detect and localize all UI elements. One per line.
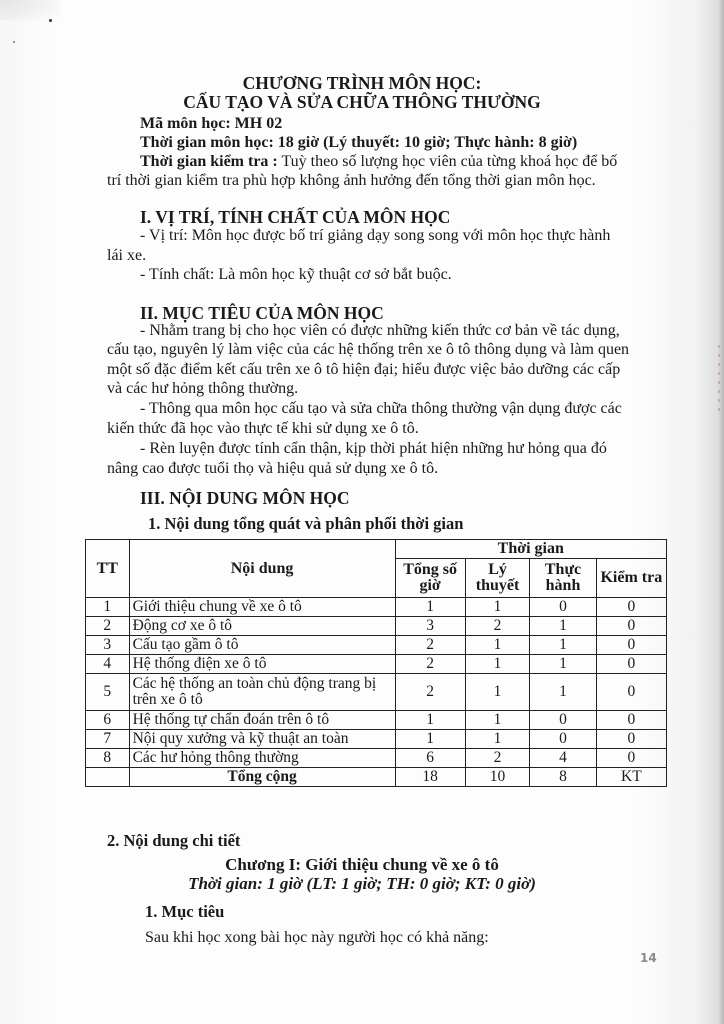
position-paragraph-cont: lái xe. [107, 247, 146, 265]
row-exam: 0 [596, 711, 666, 730]
course-duration-label: Thời gian môn học: [140, 134, 274, 151]
scan-shadow [0, 0, 60, 20]
row-theory: 1 [465, 711, 530, 730]
row-theory: 1 [465, 598, 530, 617]
exam-time: Thời gian kiểm tra : Tuỳ theo số lượng h… [140, 153, 617, 171]
table-row: 1Giới thiệu chung về xe ô tô1100 [86, 598, 667, 617]
row-number: 3 [86, 636, 130, 655]
objective-paragraph-2: - Thông qua môn học cấu tạo và sửa chữa … [140, 400, 622, 418]
document-title-line1: CHƯƠNG TRÌNH MÔN HỌC: [0, 73, 724, 94]
row-content: Các hệ thống an toàn chủ động trang bị t… [129, 674, 395, 711]
section-heading-objectives: II. MỤC TIÊU CỦA MÔN HỌC [140, 303, 384, 324]
scan-edge-marks [718, 345, 720, 415]
row-number: 8 [86, 749, 130, 768]
table-row: 8Các hư hỏng thông thường6240 [86, 749, 667, 768]
row-number: 1 [86, 598, 130, 617]
objective-intro: Sau khi học xong bài học này người học c… [145, 929, 489, 947]
footer-practice: 8 [530, 768, 596, 787]
row-practice: 4 [530, 749, 596, 768]
row-total-hours: 1 [395, 711, 465, 730]
table-row: 7Nội quy xưởng và kỹ thuật an toàn1100 [86, 730, 667, 749]
footer-total-label: Tổng cộng [129, 768, 395, 787]
row-exam: 0 [596, 636, 666, 655]
footer-theory: 10 [465, 768, 530, 787]
objective-paragraph-3: - Rèn luyện được tính cẩn thận, kịp thời… [140, 440, 607, 458]
row-theory: 1 [465, 636, 530, 655]
row-total-hours: 2 [395, 636, 465, 655]
page-number: 14 [640, 951, 657, 965]
header-theory: Lý thuyết [465, 559, 530, 598]
time-allocation-table: TT Nội dung Thời gian Tổng số giờ Lý thu… [85, 539, 667, 787]
row-theory: 1 [465, 655, 530, 674]
objective-paragraph-3: nâng cao được tuổi thọ và hiệu quả sử dụ… [107, 460, 438, 478]
row-number: 4 [86, 655, 130, 674]
subheading-overview: 1. Nội dung tổng quát và phân phối thời … [148, 514, 463, 534]
nature-paragraph: - Tính chất: Là môn học kỹ thuật cơ sở b… [140, 266, 452, 284]
course-code: Mã môn học: MH 02 [140, 115, 282, 133]
exam-time-text-cont: trí thời gian kiểm tra phù hợp không ảnh… [107, 172, 596, 190]
position-paragraph: - Vị trí: Môn học được bố trí giảng dạy … [140, 227, 610, 245]
row-number: 6 [86, 711, 130, 730]
row-practice: 0 [530, 730, 596, 749]
row-theory: 2 [465, 617, 530, 636]
footer-blank [86, 768, 130, 787]
row-practice: 1 [530, 655, 596, 674]
footer-exam: KT [596, 768, 666, 787]
header-content: Nội dung [129, 540, 395, 598]
row-exam: 0 [596, 730, 666, 749]
document-title-line2: CẤU TẠO VÀ SỬA CHỮA THÔNG THƯỜNG [0, 92, 724, 113]
objective-paragraph-1: cấu tạo, nguyên lý làm việc của các hệ t… [107, 341, 629, 359]
row-exam: 0 [596, 655, 666, 674]
row-total-hours: 2 [395, 655, 465, 674]
objective-paragraph-1: và các hư hỏng thông thường. [107, 380, 298, 398]
section-heading-content: III. NỘI DUNG MÔN HỌC [140, 488, 350, 509]
header-tt: TT [86, 540, 130, 598]
subheading-detail: 2. Nội dung chi tiết [107, 831, 240, 851]
row-content: Nội quy xưởng và kỹ thuật an toàn [129, 730, 395, 749]
row-content: Cấu tạo gầm ô tô [129, 636, 395, 655]
row-theory: 1 [465, 674, 530, 711]
row-practice: 1 [530, 674, 596, 711]
objective-paragraph-2: kiến thức đã học vào thực tế khi sử dụng… [107, 420, 419, 438]
row-content: Giới thiệu chung về xe ô tô [129, 598, 395, 617]
row-total-hours: 1 [395, 598, 465, 617]
scan-speck [49, 19, 52, 22]
row-total-hours: 2 [395, 674, 465, 711]
objective-heading: 1. Mục tiêu [145, 902, 224, 922]
table-row: 5Các hệ thống an toàn chủ động trang bị … [86, 674, 667, 711]
scan-speck [13, 41, 15, 43]
row-practice: 1 [530, 617, 596, 636]
row-content: Các hư hỏng thông thường [129, 749, 395, 768]
table-row: 2Động cơ xe ô tô3210 [86, 617, 667, 636]
objective-paragraph-1: - Nhằm trang bị cho học viên có được nhữ… [140, 322, 620, 340]
chapter-title: Chương I: Giới thiệu chung về xe ô tô [0, 855, 724, 875]
objective-paragraph-1: một số đặc điểm kết cấu trên xe ô tô hiệ… [107, 361, 620, 379]
table-body: 1Giới thiệu chung về xe ô tô11002Động cơ… [86, 598, 667, 768]
row-total-hours: 6 [395, 749, 465, 768]
course-duration-value: 18 giờ (Lý thuyết: 10 giờ; Thực hành: 8 … [274, 134, 577, 151]
row-content: Hệ thống điện xe ô tô [129, 655, 395, 674]
row-number: 2 [86, 617, 130, 636]
chapter-time: Thời gian: 1 giờ (LT: 1 giờ; TH: 0 giờ; … [0, 874, 724, 894]
row-theory: 2 [465, 749, 530, 768]
exam-time-label: Thời gian kiểm tra : [140, 153, 278, 170]
row-exam: 0 [596, 598, 666, 617]
header-time-group: Thời gian [395, 540, 666, 559]
row-theory: 1 [465, 730, 530, 749]
table-row: 6Hệ thống tự chẩn đoán trên ô tô1100 [86, 711, 667, 730]
section-heading-position: I. VỊ TRÍ, TÍNH CHẤT CỦA MÔN HỌC [140, 207, 450, 228]
row-number: 5 [86, 674, 130, 711]
header-exam: Kiểm tra [596, 559, 666, 598]
row-practice: 0 [530, 711, 596, 730]
exam-time-text: Tuỳ theo số lượng học viên của từng khoá… [278, 153, 618, 170]
header-total-hours: Tổng số giờ [395, 559, 465, 598]
row-exam: 0 [596, 617, 666, 636]
table-row: 4Hệ thống điện xe ô tô2110 [86, 655, 667, 674]
row-content: Động cơ xe ô tô [129, 617, 395, 636]
row-number: 7 [86, 730, 130, 749]
row-total-hours: 3 [395, 617, 465, 636]
table-row: 3Cấu tạo gầm ô tô2110 [86, 636, 667, 655]
row-exam: 0 [596, 674, 666, 711]
row-total-hours: 1 [395, 730, 465, 749]
footer-total-hours: 18 [395, 768, 465, 787]
header-practice: Thực hành [530, 559, 596, 598]
row-exam: 0 [596, 749, 666, 768]
course-duration: Thời gian môn học: 18 giờ (Lý thuyết: 10… [140, 134, 577, 152]
row-content: Hệ thống tự chẩn đoán trên ô tô [129, 711, 395, 730]
row-practice: 1 [530, 636, 596, 655]
document-page: CHƯƠNG TRÌNH MÔN HỌC: CẤU TẠO VÀ SỬA CHỮ… [0, 0, 724, 1024]
row-practice: 0 [530, 598, 596, 617]
